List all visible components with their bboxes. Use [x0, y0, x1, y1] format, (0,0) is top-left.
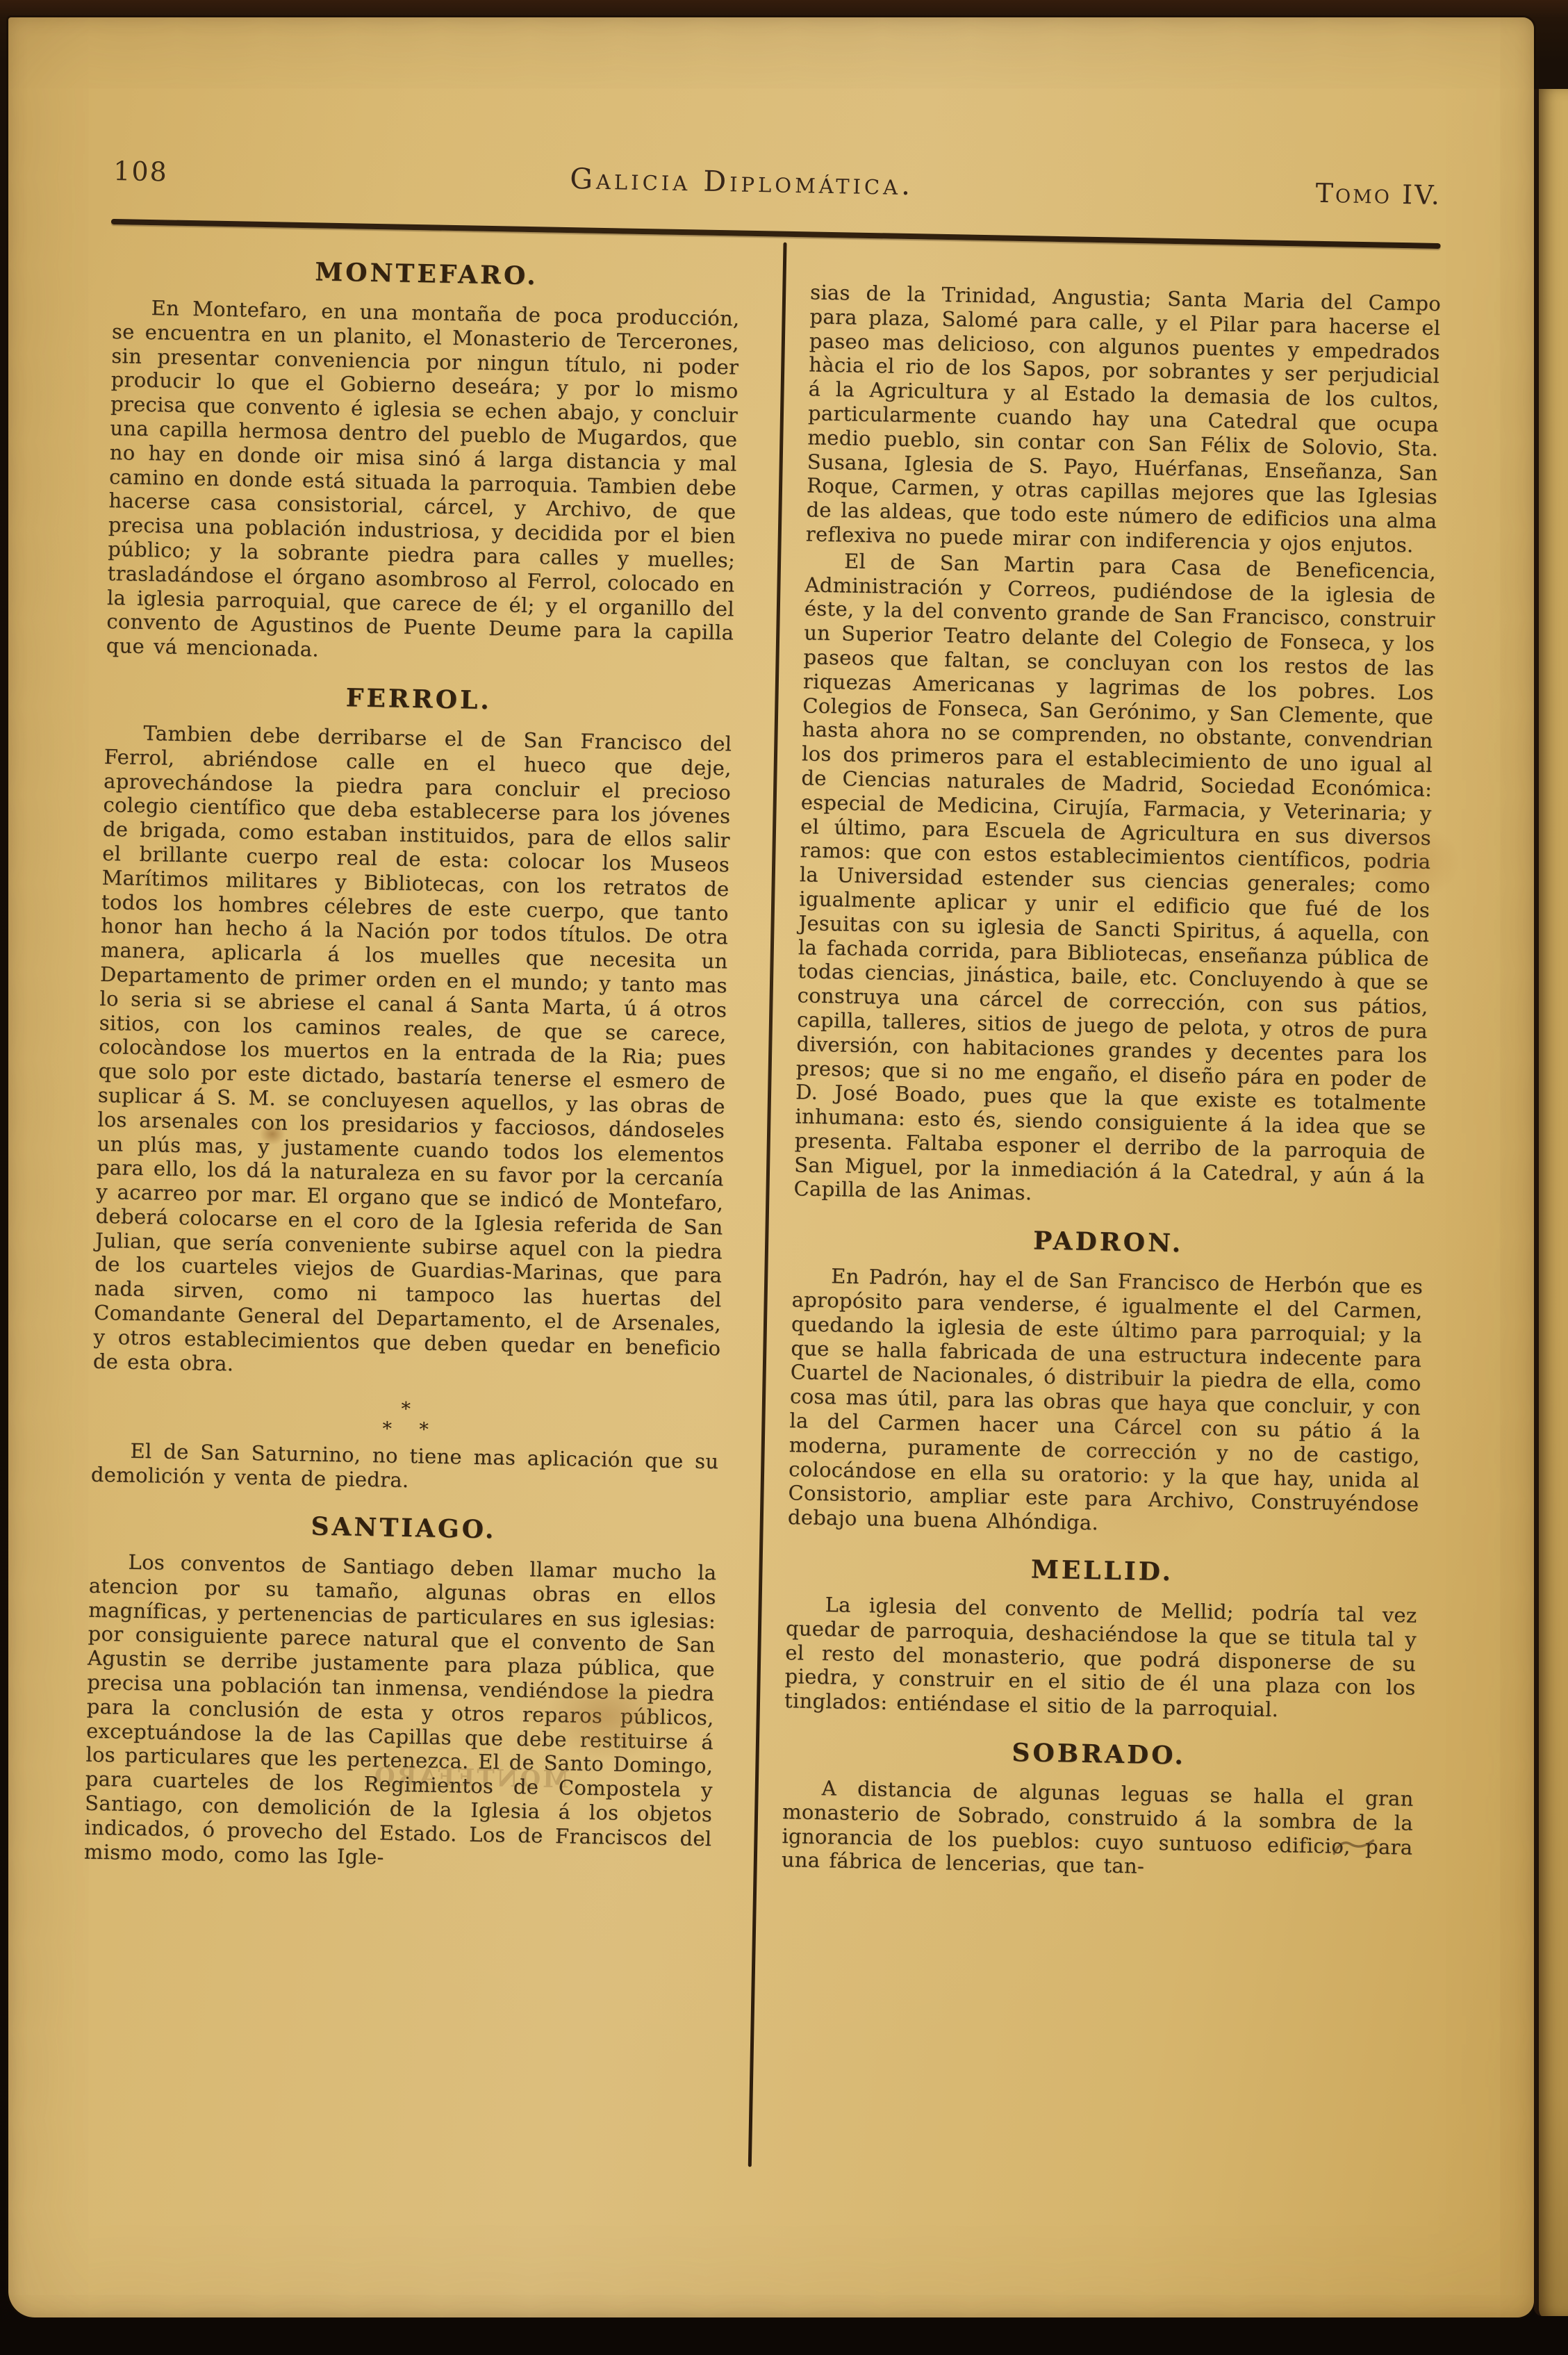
body-paragraph: En Padrón, hay el de San Francisco de He… [788, 1263, 1423, 1541]
body-paragraph: Los conventos de Santiago deben llamar m… [84, 1550, 717, 1876]
asterism-divider: ∗∗ ∗ [92, 1390, 720, 1442]
right-column: sias de la Trinidad, Angustia; Santa Mar… [782, 262, 1442, 1885]
pen-mark [1330, 1833, 1379, 1864]
body-paragraph: Tambien debe derribarse el de San Franci… [93, 721, 732, 1385]
section-heading: SOBRADO. [783, 1734, 1414, 1775]
next-page-edge [1534, 89, 1568, 2316]
body-paragraph: En Montefaro, en una montaña de poca pro… [106, 295, 739, 669]
body-paragraph: La iglesia del convento de Mellid; podrí… [784, 1592, 1417, 1725]
page-content: 108 Galicia Diplomática. Tomo IV. MONTEF… [0, 15, 1537, 2343]
section-heading: PADRON. [793, 1222, 1424, 1263]
body-paragraph: El de San Martin para Casa de Beneficenc… [793, 548, 1436, 1213]
body-paragraph: sias de la Trinidad, Angustia; Santa Mar… [806, 280, 1442, 557]
body-paragraph: A distancia de algunas leguas se halla e… [782, 1775, 1414, 1884]
column-divider [748, 243, 787, 2167]
volume-label: Tomo IV. [1315, 178, 1442, 211]
section-heading: SANTIAGO. [90, 1508, 718, 1549]
book-page: 108 Galicia Diplomática. Tomo IV. MONTEF… [8, 17, 1534, 2317]
section-heading: FERROL. [105, 679, 733, 720]
text-columns: MONTEFARO.En Montefaro, en una montaña d… [84, 249, 1442, 1890]
page-header: 108 Galicia Diplomática. Tomo IV. [113, 154, 1442, 211]
body-paragraph: El de San Saturnino, no tiene mas aplica… [91, 1438, 719, 1498]
page-number: 108 [113, 156, 168, 187]
section-heading: MELLID. [786, 1550, 1418, 1591]
left-column: MONTEFARO.En Montefaro, en una montaña d… [84, 249, 741, 1878]
photo-backdrop: { "header": { "page_number": "108", "tit… [0, 0, 1568, 2355]
section-heading: MONTEFARO. [113, 254, 741, 295]
journal-title: Galicia Diplomática. [167, 154, 1316, 208]
header-rule [111, 219, 1441, 249]
